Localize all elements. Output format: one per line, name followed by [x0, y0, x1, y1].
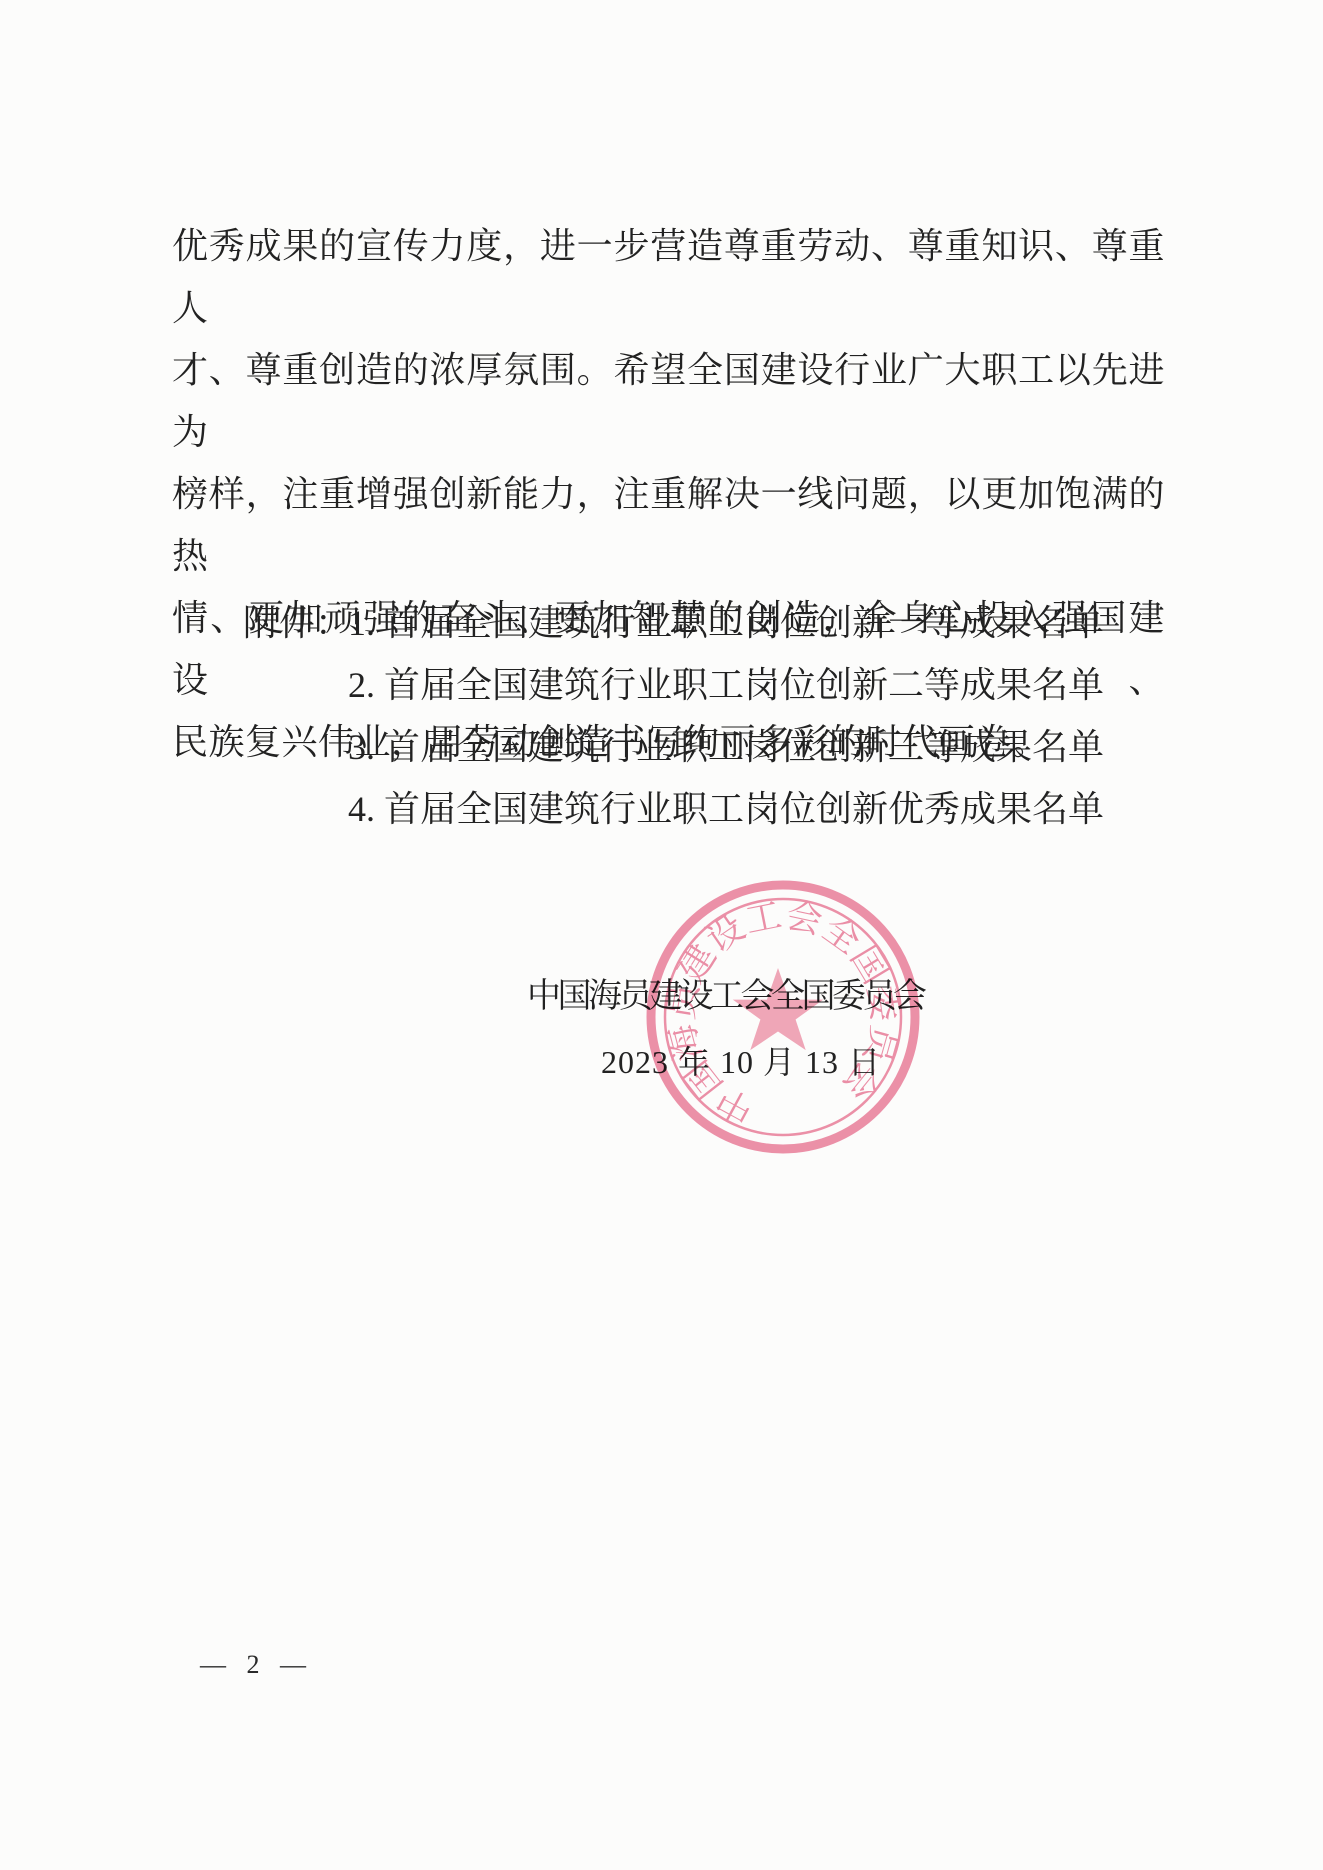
- seal-character: 设: [701, 909, 751, 959]
- attachment-row: 附件：1. 首届全国建筑行业职工岗位创新一等成果名单: [243, 592, 1104, 654]
- paragraph-line: 优秀成果的宣传力度，进一步营造尊重劳动、尊重知识、尊重人: [172, 215, 1165, 339]
- page-number: — 2 —: [200, 1650, 313, 1680]
- attachment-item: 2. 首届全国建筑行业职工岗位创新二等成果名单: [348, 665, 1104, 705]
- paragraph-line: 才、尊重创造的浓厚氛围。希望全国建设行业广大职工以先进为: [172, 339, 1165, 463]
- attachment-item: 4. 首届全国建筑行业职工岗位创新优秀成果名单: [348, 789, 1104, 829]
- attachment-list: 附件：1. 首届全国建筑行业职工岗位创新一等成果名单 2. 首届全国建筑行业职工…: [243, 592, 1104, 840]
- attachment-row: 2. 首届全国建筑行业职工岗位创新二等成果名单: [243, 654, 1104, 716]
- seal-character: 会: [783, 897, 826, 940]
- attachment-row: 4. 首届全国建筑行业职工岗位创新优秀成果名单: [243, 778, 1104, 840]
- seal-character: 全: [817, 910, 867, 960]
- attachment-item: 3. 首届全国建筑行业职工岗位创新三等成果名单: [348, 727, 1104, 767]
- signature-date: 2023 年 10 月 13 日: [601, 1031, 881, 1093]
- signature-organization: 中国海员建设工会全国委员会: [527, 966, 924, 1028]
- paragraph-line: 榜样，注重增强创新能力，注重解决一线问题，以更加饱满的热: [172, 463, 1165, 587]
- seal-character: 工: [742, 897, 784, 939]
- document-page: 优秀成果的宣传力度，进一步营造尊重劳动、尊重知识、尊重人 才、尊重创造的浓厚氛围…: [0, 0, 1323, 1870]
- attachment-item: 1. 首届全国建筑行业职工岗位创新一等成果名单: [348, 603, 1104, 643]
- attachment-row: 3. 首届全国建筑行业职工岗位创新三等成果名单: [243, 716, 1104, 778]
- attachment-label: 附件：: [243, 592, 348, 654]
